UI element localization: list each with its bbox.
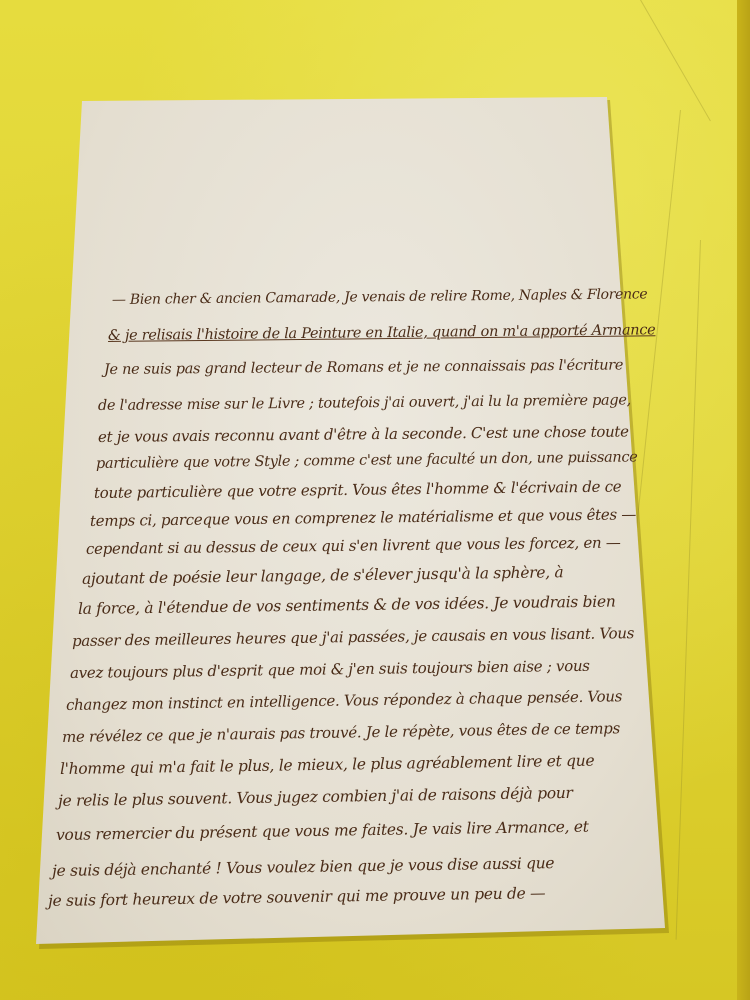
letter-line: changez mon instinct en intelligence. Vo… bbox=[66, 687, 622, 714]
letter-line: ajoutant de poésie leur langage, de s'él… bbox=[82, 563, 564, 588]
letter-line: de l'adresse mise sur le Livre ; toutefo… bbox=[98, 392, 631, 414]
letter-line: toute particulière que votre esprit. Vou… bbox=[94, 478, 622, 502]
letter-line: vous remercier du présent que vous me fa… bbox=[56, 818, 589, 844]
letter-line: me révélez ce que je n'aurais pas trouvé… bbox=[62, 719, 620, 746]
letter-line: cependant si au dessus de ceux qui s'en … bbox=[86, 533, 621, 558]
letter-body: — Bien cher & ancien Camarade, Je venais… bbox=[0, 0, 750, 1000]
letter-line: passer des meilleures heures que j'ai pa… bbox=[72, 624, 634, 650]
letter-line: temps ci, parceque vous en comprenez le … bbox=[90, 505, 636, 530]
letter-line: la force, à l'étendue de vos sentiments … bbox=[78, 592, 616, 618]
letter-line: l'homme qui m'a fait le plus, le mieux, … bbox=[60, 752, 595, 778]
letter-line: & je relisais l'histoire de la Peinture … bbox=[108, 322, 656, 344]
letter-line: je suis fort heureux de votre souvenir q… bbox=[48, 884, 546, 910]
letter-line: et je vous avais reconnu avant d'être à … bbox=[98, 422, 629, 446]
letter-line: particulière que votre Style ; comme c'e… bbox=[96, 449, 638, 472]
letter-line: je relis le plus souvent. Vous jugez com… bbox=[58, 784, 573, 810]
letter-line: — Bien cher & ancien Camarade, Je venais… bbox=[112, 286, 648, 308]
letter-line: Je ne suis pas grand lecteur de Romans e… bbox=[104, 357, 623, 378]
letter-line: je suis déjà enchanté ! Vous voulez bien… bbox=[52, 854, 555, 880]
letter-line: avez toujours plus d'esprit que moi & j'… bbox=[70, 657, 590, 682]
